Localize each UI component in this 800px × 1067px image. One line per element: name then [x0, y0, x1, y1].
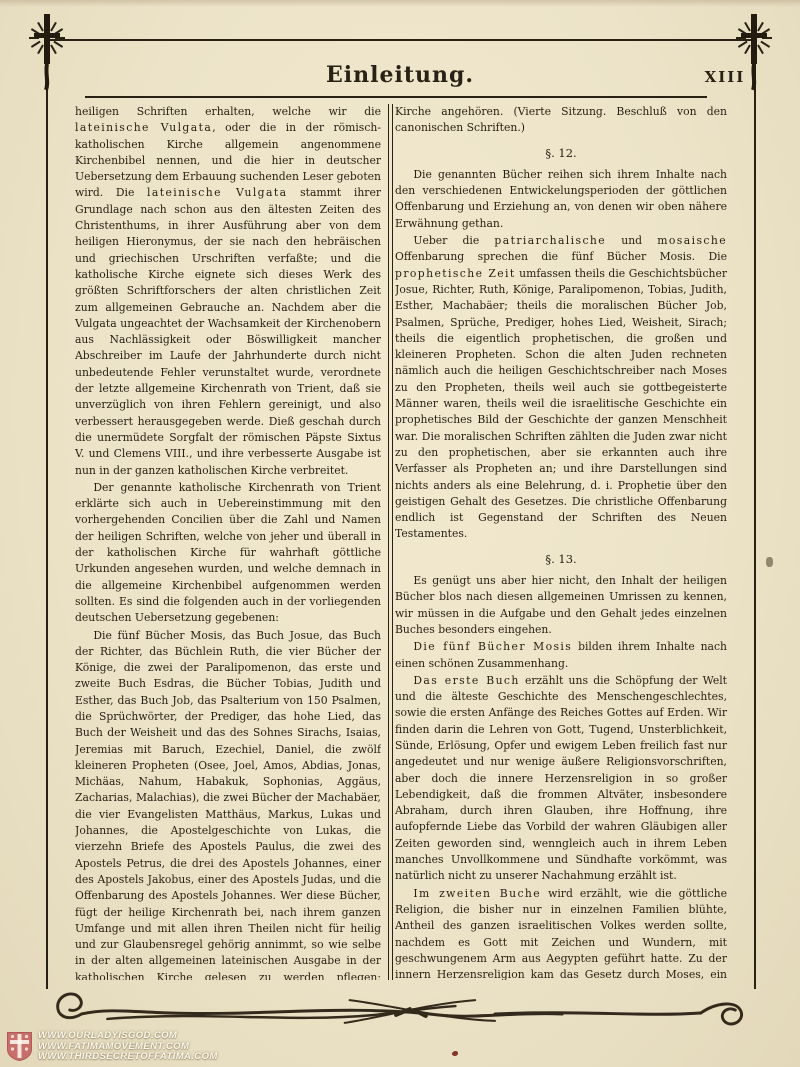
frame-right-rule	[754, 39, 756, 989]
watermark-text: WWW.OURLADYISGOD.COM WWW.FATIMAMOVEMENT.…	[38, 1031, 218, 1063]
ink-speck	[452, 1051, 458, 1056]
watermark-shield-logo	[6, 1031, 33, 1062]
watermark-line: WWW.THIRDSECRETOFFATIMA.COM	[38, 1052, 218, 1063]
watermark: WWW.OURLADYISGOD.COM WWW.FATIMAMOVEMENT.…	[6, 1031, 218, 1063]
section-heading: §. 12.	[395, 145, 727, 161]
page-title: Einleitung.	[0, 62, 800, 88]
paragraph: Die genannten Bücher reihen sich ihrem I…	[395, 167, 727, 232]
right-column: Kirche angehören. (Vierte Sitzung. Besch…	[395, 104, 727, 980]
page-number: XIII	[695, 68, 755, 86]
paragraph: Das erste Buch erzählt uns die Schöpfung…	[395, 673, 727, 885]
frame-top-rule	[47, 39, 755, 41]
frame-left-rule	[46, 39, 48, 989]
left-column: heiligen Schriften erhalten, welche wir …	[75, 104, 381, 980]
margin-mark	[766, 557, 773, 567]
paragraph: Die fünf Bücher Mosis, das Buch Josue, d…	[75, 628, 381, 981]
paragraph: Ueber die patriarchalische und mosaische…	[395, 233, 727, 543]
column-divider	[388, 104, 393, 980]
book-page: Einleitung. XIII heiligen Schriften erha…	[0, 0, 800, 1067]
paragraph: Es genügt uns aber hier nicht, den Inhal…	[395, 573, 727, 638]
section-heading: §. 13.	[395, 551, 727, 567]
paragraph: Im zweiten Buche wird erzählt, wie die g…	[395, 886, 727, 980]
paragraph: Die fünf Bücher Mosis bilden ihrem Inhal…	[395, 639, 727, 672]
watermark-line: WWW.OURLADYISGOD.COM	[38, 1031, 218, 1042]
header-rule	[85, 96, 707, 98]
paragraph: heiligen Schriften erhalten, welche wir …	[75, 104, 381, 479]
paragraph: Kirche angehören. (Vierte Sitzung. Besch…	[395, 104, 727, 137]
paragraph: Der genannte katholische Kirchenrath von…	[75, 480, 381, 627]
page-body: heiligen Schriften erhalten, welche wir …	[75, 104, 727, 980]
